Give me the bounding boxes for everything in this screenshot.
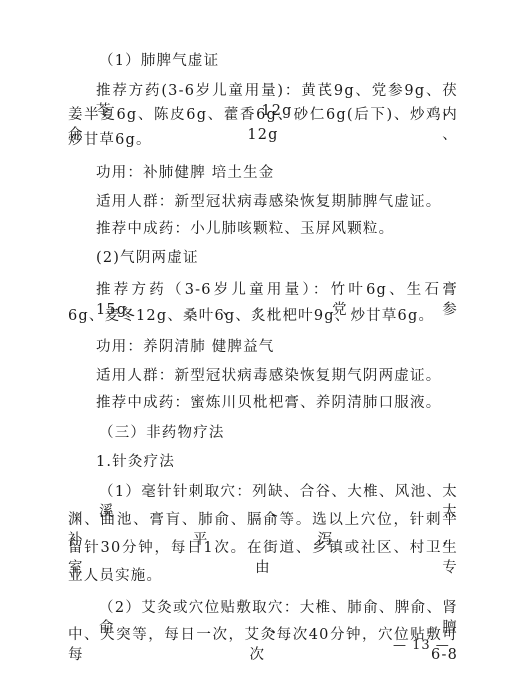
document-page: （1）肺脾气虚证推荐方药(3-6岁儿童用量)：黄芪9g、党参9g、茯苓12g、姜… [0,0,524,696]
text-line: 炒甘草6g。 [68,130,458,150]
text-line: 推荐中成药：小儿肺咳颗粒、玉屏风颗粒。 [96,219,458,239]
text-line: 6g、麦冬12g、桑叶6g、炙枇杷叶9g、炒甘草6g。 [68,306,458,326]
text-line: （1）肺脾气虚证 [99,51,458,71]
text-line: 推荐中成药：蜜炼川贝枇杷膏、养阴清肺口服液。 [96,393,458,413]
page-number: — 13 — [393,638,450,654]
text-line: 功用：补肺健脾 培土生金 [96,163,458,183]
text-line: 1.针灸疗法 [96,452,458,472]
text-line: 适用人群：新型冠状病毒感染恢复期气阴两虚证。 [96,366,458,386]
text-line: 功用：养阴清肺 健脾益气 [96,337,458,357]
text-line: 适用人群：新型冠状病毒感染恢复期肺脾气虚证。 [96,192,458,212]
text-line: 业人员实施。 [68,566,458,586]
text-line: （三）非药物疗法 [99,423,458,443]
text-line: (2)气阴两虚证 [96,248,458,268]
